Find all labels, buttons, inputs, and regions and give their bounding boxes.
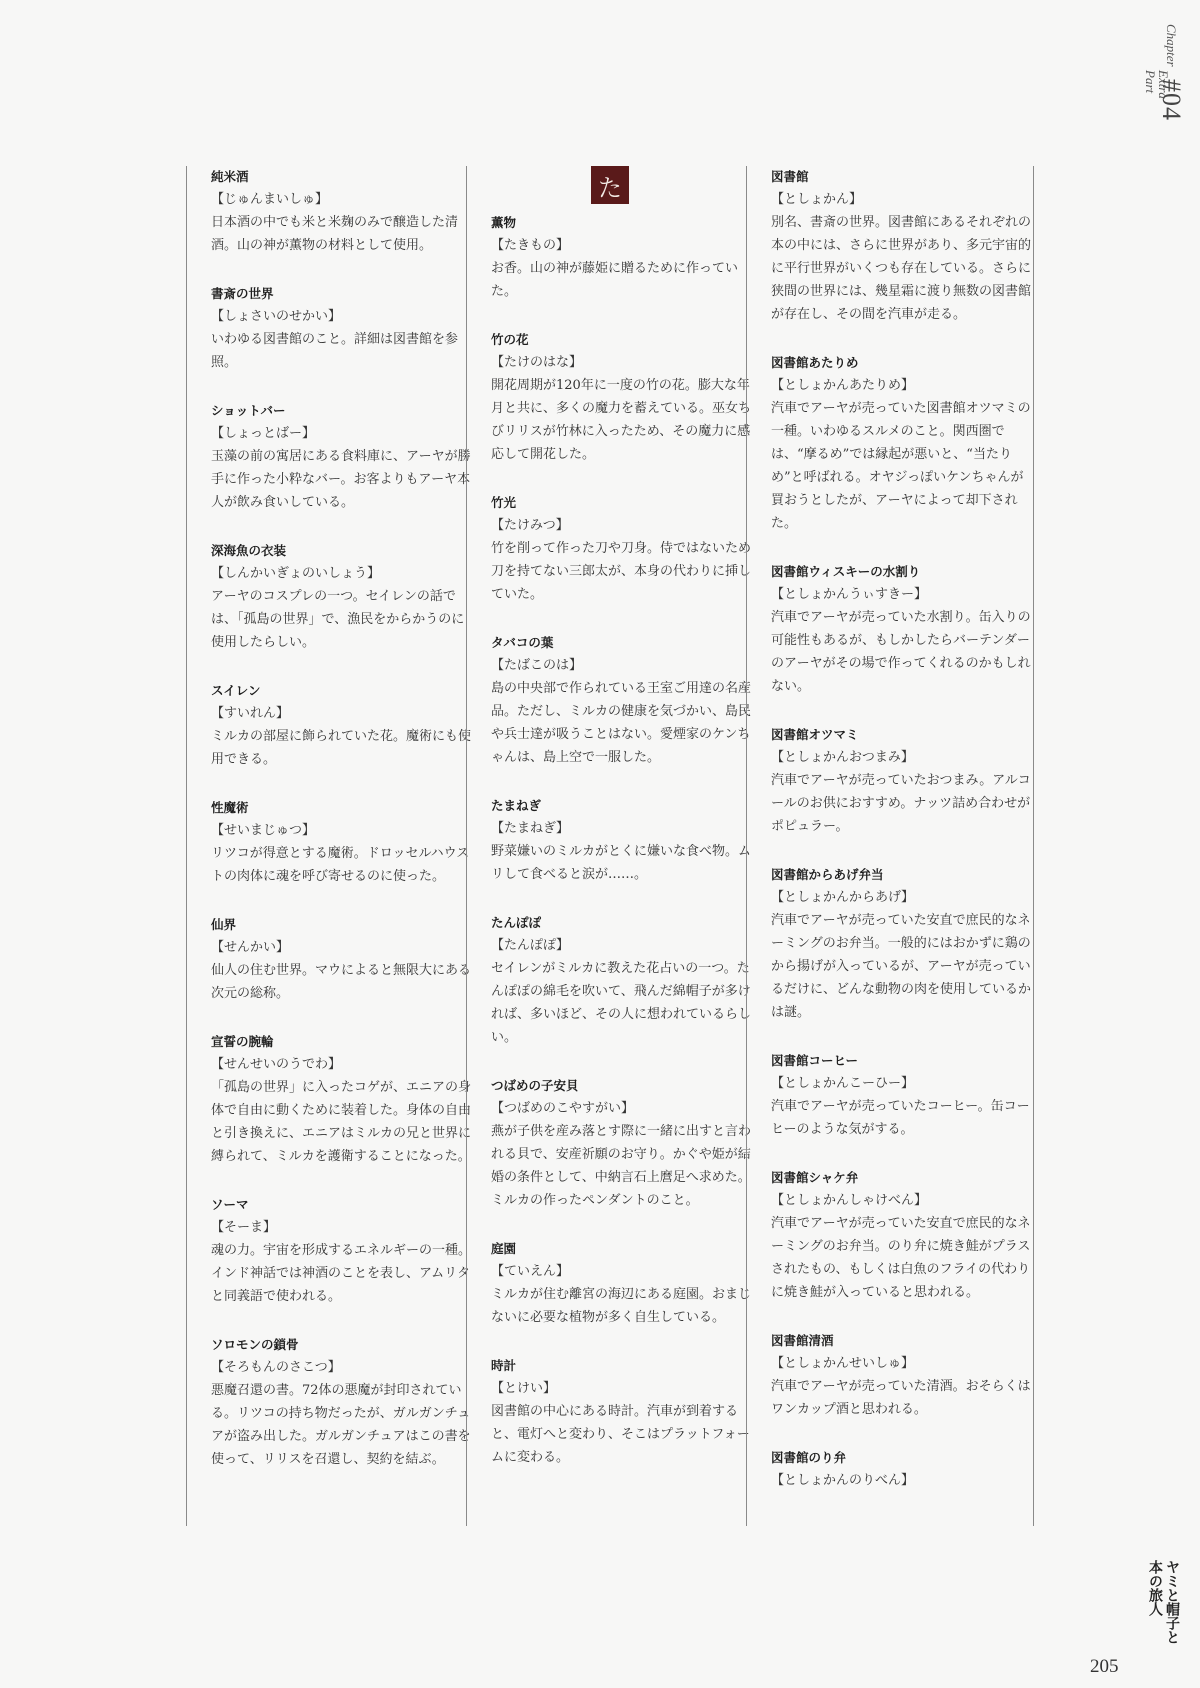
glossary-entry: 図書館シャケ弁【としょかんしゃけべん】汽車でアーヤが売っていた安直で庶民的なネー…	[771, 1167, 1033, 1304]
entry-description: 魂の力。宇宙を形成するエネルギーの一種。インド神話では神酒のことを表し、アムリタ…	[211, 1239, 473, 1308]
glossary-column-1: 純米酒【じゅんまいしゅ】日本酒の中でも米と米麹のみで醸造した清酒。山の神が薫物の…	[186, 166, 473, 1526]
entry-description: いわゆる図書館のこと。詳細は図書館を参照。	[211, 328, 473, 374]
entry-term: タバコの葉	[491, 632, 753, 654]
glossary-entry: 竹光【たけみつ】竹を削って作った刀や刀身。侍ではないため刀を持てない三郎太が、本…	[491, 492, 753, 606]
entry-reading: 【としょかんこーひー】	[771, 1072, 1033, 1095]
chapter-label: Chapter	[1164, 24, 1179, 67]
chapter-tag: Chapter #04 Extra Part	[1158, 24, 1184, 121]
entry-description: 別名、書斎の世界。図書館にあるそれぞれの本の中には、さらに世界があり、多元宇宙的…	[771, 211, 1033, 326]
glossary-entry: 仙界【せんかい】仙人の住む世界。マウによると無限大にある次元の総称。	[211, 914, 473, 1005]
glossary-entry: タバコの葉【たばこのは】島の中央部で作られている王室ご用達の名産品。ただし、ミル…	[491, 632, 753, 769]
glossary-entry: 時計【とけい】図書館の中心にある時計。汽車が到着すると、電灯へと変わり、そこはプ…	[491, 1355, 753, 1469]
glossary-entry: 宣誓の腕輪【せんせいのうでわ】「孤島の世界」に入ったコゲが、エニアの身体で自由に…	[211, 1031, 473, 1168]
entry-reading: 【そろもんのさこつ】	[211, 1356, 473, 1379]
entry-term: 図書館	[771, 166, 1033, 188]
glossary-entry: スイレン【すいれん】ミルカの部屋に飾られていた花。魔術にも使用できる。	[211, 680, 473, 771]
entry-reading: 【としょかんうぃすきー】	[771, 583, 1033, 606]
entry-description: 汽車でアーヤが売っていたコーヒー。缶コーヒーのような気がする。	[771, 1095, 1033, 1141]
page-number: 205	[1090, 1656, 1119, 1678]
entry-description: お香。山の神が藤姫に贈るために作っていた。	[491, 257, 753, 303]
entry-reading: 【せいまじゅつ】	[211, 819, 473, 842]
entry-description: セイレンがミルカに教えた花占いの一つ。たんぽぽの綿毛を吹いて、飛んだ綿帽子が多け…	[491, 957, 753, 1049]
entry-description: 悪魔召還の書。72体の悪魔が封印されている。リツコの持ち物だったが、ガルガンチュ…	[211, 1379, 473, 1471]
entry-term: 図書館あたりめ	[771, 352, 1033, 374]
entry-description: 汽車でアーヤが売っていた安直で庶民的なネーミングのお弁当。一般的にはおかずに鶏の…	[771, 909, 1033, 1024]
entry-reading: 【すいれん】	[211, 702, 473, 725]
glossary-entry: 図書館からあげ弁当【としょかんからあげ】汽車でアーヤが売っていた安直で庶民的なネ…	[771, 864, 1033, 1024]
entry-term: スイレン	[211, 680, 473, 702]
entry-term: ショットバー	[211, 400, 473, 422]
entry-term: 庭園	[491, 1238, 753, 1260]
entry-term: 仙界	[211, 914, 473, 936]
entry-reading: 【としょかんしゃけべん】	[771, 1189, 1033, 1212]
glossary-entry: 性魔術【せいまじゅつ】リツコが得意とする魔術。ドロッセルハウストの肉体に魂を呼び…	[211, 797, 473, 888]
entry-term: 宣誓の腕輪	[211, 1031, 473, 1053]
entry-description: ミルカが住む離宮の海辺にある庭園。おまじないに必要な植物が多く自生している。	[491, 1283, 753, 1329]
glossary-entry: 薫物【たきもの】お香。山の神が藤姫に贈るために作っていた。	[491, 212, 753, 303]
entry-term: 図書館ウィスキーの水割り	[771, 561, 1033, 583]
entry-term: 図書館のり弁	[771, 1447, 1033, 1469]
entry-term: 竹の花	[491, 329, 753, 351]
entry-reading: 【そーま】	[211, 1216, 473, 1239]
entry-reading: 【としょかん】	[771, 188, 1033, 211]
entry-reading: 【としょかんあたりめ】	[771, 374, 1033, 397]
entry-description: リツコが得意とする魔術。ドロッセルハウストの肉体に魂を呼び寄せるのに使った。	[211, 842, 473, 888]
entry-description: 「孤島の世界」に入ったコゲが、エニアの身体で自由に動くために装着した。身体の自由…	[211, 1076, 473, 1168]
entry-term: 書斎の世界	[211, 283, 473, 305]
glossary-entry: 図書館ウィスキーの水割り【としょかんうぃすきー】汽車でアーヤが売っていた水割り。…	[771, 561, 1033, 698]
entry-term: 時計	[491, 1355, 753, 1377]
entry-description: 図書館の中心にある時計。汽車が到着すると、電灯へと変わり、そこはプラットフォーム…	[491, 1400, 753, 1469]
entry-reading: 【しょさいのせかい】	[211, 305, 473, 328]
entry-term: 図書館コーヒー	[771, 1050, 1033, 1072]
entry-description: 汽車でアーヤが売っていた水割り。缶入りの可能性もあるが、もしかしたらバーテンダー…	[771, 606, 1033, 698]
entry-term: 図書館からあげ弁当	[771, 864, 1033, 886]
entry-reading: 【たんぽぽ】	[491, 934, 753, 957]
entry-reading: 【としょかんからあげ】	[771, 886, 1033, 909]
entry-reading: 【たまねぎ】	[491, 817, 753, 840]
entry-description: 汽車でアーヤが売っていたおつまみ。アルコールのお供におすすめ。ナッツ詰め合わせが…	[771, 769, 1033, 838]
entry-reading: 【たけみつ】	[491, 514, 753, 537]
glossary-entry: 書斎の世界【しょさいのせかい】いわゆる図書館のこと。詳細は図書館を参照。	[211, 283, 473, 374]
glossary-entry: 図書館コーヒー【としょかんこーひー】汽車でアーヤが売っていたコーヒー。缶コーヒー…	[771, 1050, 1033, 1141]
entry-description: 竹を削って作った刀や刀身。侍ではないため刀を持てない三郎太が、本身の代わりに挿し…	[491, 537, 753, 606]
entry-reading: 【たきもの】	[491, 234, 753, 257]
glossary-entry: 庭園【ていえん】ミルカが住む離宮の海辺にある庭園。おまじないに必要な植物が多く自…	[491, 1238, 753, 1329]
entry-description: 汽車でアーヤが売っていた安直で庶民的なネーミングのお弁当。のり弁に焼き鮭がプラス…	[771, 1212, 1033, 1304]
glossary-entry: 図書館のり弁【としょかんのりべん】	[771, 1447, 1033, 1492]
glossary-entry: 図書館【としょかん】別名、書斎の世界。図書館にあるそれぞれの本の中には、さらに世…	[771, 166, 1033, 326]
entry-term: たんぽぽ	[491, 912, 753, 934]
entry-reading: 【ていえん】	[491, 1260, 753, 1283]
entry-reading: 【せんせいのうでわ】	[211, 1053, 473, 1076]
glossary-entry: つばめの子安貝【つばめのこやすがい】燕が子供を産み落とす際に一緒に出すと言われる…	[491, 1075, 753, 1212]
entry-description: 開花周期が120年に一度の竹の花。膨大な年月と共に、多くの魔力を蓄えている。巫女…	[491, 374, 753, 466]
entry-term: 図書館清酒	[771, 1330, 1033, 1352]
chapter-subtitle: Extra Part	[1144, 70, 1170, 121]
entry-term: 図書館オツマミ	[771, 724, 1033, 746]
entry-reading: 【つばめのこやすがい】	[491, 1097, 753, 1120]
glossary-entry: ショットバー【しょっとばー】玉藻の前の寓居にある食料庫に、アーヤが勝手に作った小…	[211, 400, 473, 514]
entry-reading: 【としょかんのりべん】	[771, 1469, 1033, 1492]
glossary-entry: たまねぎ【たまねぎ】野菜嫌いのミルカがとくに嫌いな食べ物。ムリして食べると涙が……	[491, 795, 753, 886]
entry-description: 島の中央部で作られている王室ご用達の名産品。ただし、ミルカの健康を気づかい、島民…	[491, 677, 753, 769]
glossary-entry: 図書館あたりめ【としょかんあたりめ】汽車でアーヤが売っていた図書館オツマミの一種…	[771, 352, 1033, 535]
glossary-column-2: た 薫物【たきもの】お香。山の神が藤姫に贈るために作っていた。 竹の花【たけのは…	[466, 166, 753, 1526]
entry-description: 玉藻の前の寓居にある食料庫に、アーヤが勝手に作った小粋なバー。お客よりもアーヤ本…	[211, 445, 473, 514]
entry-description: 日本酒の中でも米と米麹のみで醸造した清酒。山の神が薫物の材料として使用。	[211, 211, 473, 257]
entry-term: たまねぎ	[491, 795, 753, 817]
book-title-line-1: ヤミと帽子と	[1163, 1560, 1180, 1644]
entry-reading: 【たばこのは】	[491, 654, 753, 677]
entry-description: 野菜嫌いのミルカがとくに嫌いな食べ物。ムリして食べると涙が……。	[491, 840, 753, 886]
entry-term: ソロモンの鎖骨	[211, 1334, 473, 1356]
entry-term: 純米酒	[211, 166, 473, 188]
entry-term: 竹光	[491, 492, 753, 514]
entry-reading: 【しょっとばー】	[211, 422, 473, 445]
entry-reading: 【とけい】	[491, 1377, 753, 1400]
entry-description: 汽車でアーヤが売っていた図書館オツマミの一種。いわゆるスルメのこと。関西圏では、…	[771, 397, 1033, 535]
entry-reading: 【せんかい】	[211, 936, 473, 959]
entry-reading: 【じゅんまいしゅ】	[211, 188, 473, 211]
entry-description: アーヤのコスプレの一つ。セイレンの話では、「孤島の世界」で、漁民をからかうのに使…	[211, 585, 473, 654]
entry-description: ミルカの部屋に飾られていた花。魔術にも使用できる。	[211, 725, 473, 771]
glossary-entry: 純米酒【じゅんまいしゅ】日本酒の中でも米と米麹のみで醸造した清酒。山の神が薫物の…	[211, 166, 473, 257]
entry-reading: 【としょかんおつまみ】	[771, 746, 1033, 769]
entry-reading: 【たけのはな】	[491, 351, 753, 374]
entry-description: 汽車でアーヤが売っていた清酒。おそらくはワンカップ酒と思われる。	[771, 1375, 1033, 1421]
glossary-entry: 図書館清酒【としょかんせいしゅ】汽車でアーヤが売っていた清酒。おそらくはワンカッ…	[771, 1330, 1033, 1421]
glossary-column-3: 図書館【としょかん】別名、書斎の世界。図書館にあるそれぞれの本の中には、さらに世…	[746, 166, 1034, 1526]
glossary-entry: 竹の花【たけのはな】開花周期が120年に一度の竹の花。膨大な年月と共に、多くの魔…	[491, 329, 753, 466]
section-kana-badge: た	[591, 166, 629, 204]
entry-reading: 【しんかいぎょのいしょう】	[211, 562, 473, 585]
book-title: ヤミと帽子と 本の旅人	[1146, 1560, 1180, 1644]
glossary-entry: ソーマ【そーま】魂の力。宇宙を形成するエネルギーの一種。インド神話では神酒のこと…	[211, 1194, 473, 1308]
glossary-entry: ソロモンの鎖骨【そろもんのさこつ】悪魔召還の書。72体の悪魔が封印されている。リ…	[211, 1334, 473, 1471]
entry-term: 図書館シャケ弁	[771, 1167, 1033, 1189]
entry-term: つばめの子安貝	[491, 1075, 753, 1097]
glossary-columns: 純米酒【じゅんまいしゅ】日本酒の中でも米と米麹のみで醸造した清酒。山の神が薫物の…	[186, 166, 1030, 1526]
glossary-entry: たんぽぽ【たんぽぽ】セイレンがミルカに教えた花占いの一つ。たんぽぽの綿毛を吹いて…	[491, 912, 753, 1049]
entry-reading: 【としょかんせいしゅ】	[771, 1352, 1033, 1375]
book-title-line-2: 本の旅人	[1146, 1560, 1163, 1644]
entry-term: ソーマ	[211, 1194, 473, 1216]
entry-term: 深海魚の衣装	[211, 540, 473, 562]
entry-term: 薫物	[491, 212, 753, 234]
entry-term: 性魔術	[211, 797, 473, 819]
glossary-entry: 深海魚の衣装【しんかいぎょのいしょう】アーヤのコスプレの一つ。セイレンの話では、…	[211, 540, 473, 654]
entry-description: 燕が子供を産み落とす際に一緒に出すと言われる貝で、安産祈願のお守り。かぐや姫が結…	[491, 1120, 753, 1212]
glossary-entry: 図書館オツマミ【としょかんおつまみ】汽車でアーヤが売っていたおつまみ。アルコール…	[771, 724, 1033, 838]
entry-description: 仙人の住む世界。マウによると無限大にある次元の総称。	[211, 959, 473, 1005]
